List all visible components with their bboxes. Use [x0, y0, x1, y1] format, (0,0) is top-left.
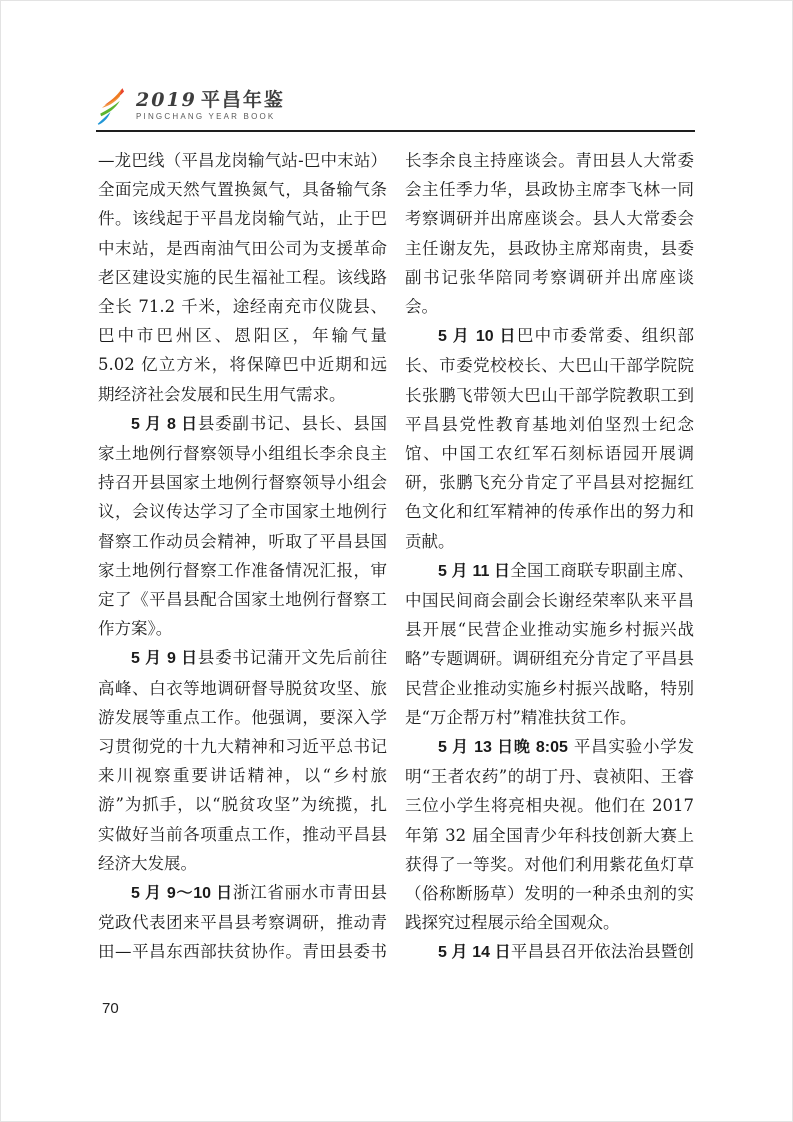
yearbook-logo-icon [96, 86, 130, 126]
paragraph-date: 5 月 8 日 [131, 416, 198, 433]
column-left: —龙巴线（平昌龙岗输气站-巴中末站）全面完成天然气置换氮气，具备输气条件。该线起… [98, 146, 387, 970]
header-divider [96, 130, 695, 132]
paragraph-date: 5 月 13 日晚 8:05 [438, 739, 568, 756]
yearbook-year: 2019 [136, 89, 197, 111]
header-titles: 2019平昌年鉴 PINGCHANG YEAR BOOK [136, 86, 285, 121]
paragraph: 长李余良主持座谈会。青田县人大常委会主任季力华，县政协主席李飞林一同考察调研并出… [405, 146, 694, 321]
paragraph-date: 5 月 14 日 [438, 944, 511, 961]
paragraph-date: 5 月 11 日 [438, 563, 510, 580]
paragraph-date: 5 月 10 日 [438, 328, 517, 345]
paragraph: 5 月 11 日全国工商联专职副主席、中国民间商会副会长谢经荣率队来平昌县开展“… [405, 556, 694, 732]
paragraph-date: 5 月 9 日 [131, 650, 198, 667]
paragraph: 5 月 9～10 日浙江省丽水市青田县党政代表团来平昌县考察调研，推动青田—平昌… [98, 878, 387, 970]
page-header: 2019平昌年鉴 PINGCHANG YEAR BOOK [96, 86, 285, 126]
yearbook-page: 2019平昌年鉴 PINGCHANG YEAR BOOK —龙巴线（平昌龙岗输气… [0, 0, 793, 1122]
paragraph: 5 月 13 日晚 8:05 平昌实验小学发明“王者农药”的胡丁丹、袁祯阳、王睿… [405, 732, 694, 937]
yearbook-title-cn: 平昌年鉴 [201, 89, 285, 111]
column-right: 长李余良主持座谈会。青田县人大常委会主任季力华，县政协主席李飞林一同考察调研并出… [405, 146, 694, 970]
paragraph: 5 月 10 日巴中市委常委、组织部长、市委党校校长、大巴山干部学院院长张鹏飞带… [405, 321, 694, 556]
page-number: 70 [102, 1000, 119, 1017]
yearbook-title-en: PINGCHANG YEAR BOOK [136, 112, 285, 121]
yearbook-title: 2019平昌年鉴 [136, 90, 285, 110]
text-columns: —龙巴线（平昌龙岗输气站-巴中末站）全面完成天然气置换氮气，具备输气条件。该线起… [98, 146, 694, 970]
paragraph: 5 月 8 日县委副书记、县长、县国家土地例行督察领导小组组长李余良主持召开县国… [98, 409, 387, 644]
paragraph: 5 月 14 日平昌县召开依法治县暨创新基层社会治理工作现场推进会。县委副书记张… [405, 937, 694, 970]
paragraph-date: 5 月 9～10 日 [131, 885, 233, 902]
paragraph: —龙巴线（平昌龙岗输气站-巴中末站）全面完成天然气置换氮气，具备输气条件。该线起… [98, 146, 387, 409]
paragraph: 5 月 9 日县委书记蒲开文先后前往高峰、白衣等地调研督导脱贫攻坚、旅游发展等重… [98, 643, 387, 878]
